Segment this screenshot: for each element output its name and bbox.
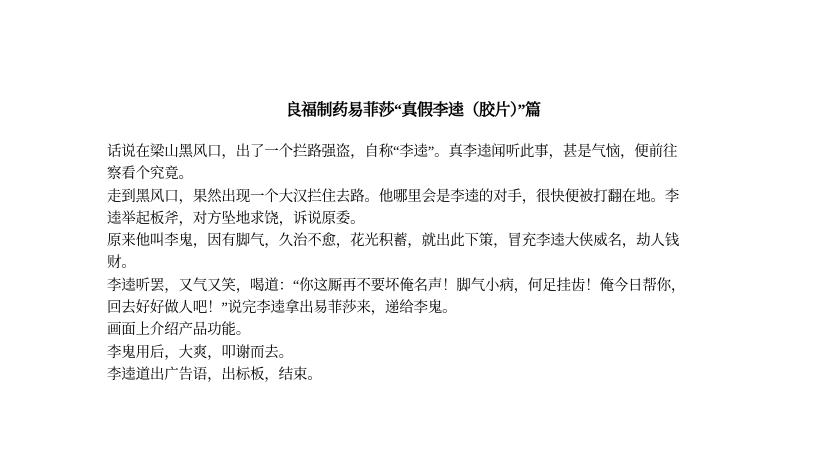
document-title: 良福制药易菲莎“真假李逵（胶片）”篇 bbox=[0, 97, 826, 120]
document-page: 良福制药易菲莎“真假李逵（胶片）”篇 话说在梁山黑风口，出了一个拦路强盗，自称“… bbox=[0, 0, 826, 472]
text-line: 原来他叫李鬼，因有脚气，久治不愈，花光积蓄，就出此下策，冒充李逵大侠威名，劫人钱 bbox=[107, 230, 685, 252]
text-line: 画面上介绍产品功能。 bbox=[107, 319, 685, 341]
document-body: 话说在梁山黑风口，出了一个拦路强盗，自称“李逵”。真李逵闻听此事，甚是气恼，便前… bbox=[107, 141, 685, 386]
text-line: 李逵听罢，又气又笑，喝道：“你这厮再不要坏俺名声！脚气小病，何足挂齿！俺今日帮你… bbox=[107, 275, 685, 297]
text-line: 财。 bbox=[107, 252, 685, 274]
text-line: 话说在梁山黑风口，出了一个拦路强盗，自称“李逵”。真李逵闻听此事，甚是气恼，便前… bbox=[107, 141, 685, 163]
text-line: 李鬼用后，大爽，叩谢而去。 bbox=[107, 342, 685, 364]
text-line: 察看个究竟。 bbox=[107, 163, 685, 185]
text-line: 走到黑风口，果然出现一个大汉拦住去路。他哪里会是李逵的对手，很快便被打翻在地。李 bbox=[107, 186, 685, 208]
text-line: 回去好好做人吧！”说完李逵拿出易菲莎来，递给李鬼。 bbox=[107, 297, 685, 319]
text-line: 李逵道出广告语，出标板，结束。 bbox=[107, 364, 685, 386]
text-line: 逵举起板斧，对方坠地求饶，诉说原委。 bbox=[107, 208, 685, 230]
